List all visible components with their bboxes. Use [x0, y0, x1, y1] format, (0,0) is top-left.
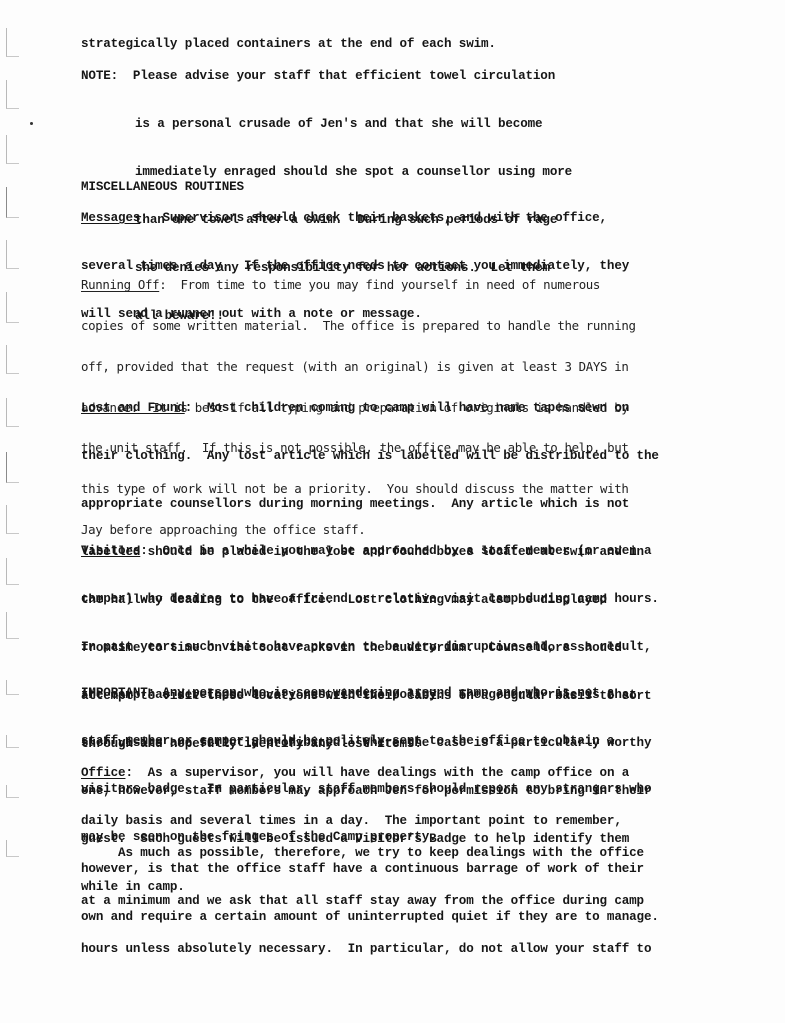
- scanned-document-page: strategically placed containers at the e…: [0, 0, 785, 1023]
- note-label: NOTE:: [81, 69, 118, 83]
- margin-tab-mark: [6, 505, 19, 534]
- margin-tab-mark: [6, 80, 19, 109]
- margin-tab-mark: [6, 840, 19, 857]
- closing-paragraph: As much as possible, therefore, we try t…: [81, 813, 651, 989]
- visitors-title: Visitors: [81, 544, 140, 558]
- messages-title: Messages: [81, 211, 140, 225]
- margin-tab-mark: [6, 398, 19, 427]
- margin-tab-mark: [6, 452, 19, 483]
- margin-tab-mark: [6, 735, 19, 748]
- margin-tab-mark: [6, 240, 19, 269]
- margin-tab-mark: [6, 187, 19, 218]
- margin-tab-mark: [6, 785, 19, 798]
- scan-speck: [30, 122, 33, 125]
- office-title: Office: [81, 766, 125, 780]
- margin-tab-mark: [6, 28, 19, 57]
- margin-tab-mark: [6, 292, 19, 323]
- margin-tab-mark: [6, 135, 19, 164]
- margin-tab-mark: [6, 612, 19, 639]
- margin-tab-mark: [6, 345, 19, 374]
- margin-tab-mark: [6, 558, 19, 585]
- lost-and-found-title: Lost and Found: [81, 401, 185, 415]
- important-label: IMPORTANT:: [81, 686, 155, 700]
- note-line: is a personal crusade of Jen's and that …: [81, 116, 572, 132]
- running-off-title: Running Off: [81, 277, 159, 292]
- note-line: Please advise your staff that efficient …: [133, 69, 555, 83]
- margin-tab-mark: [6, 680, 19, 695]
